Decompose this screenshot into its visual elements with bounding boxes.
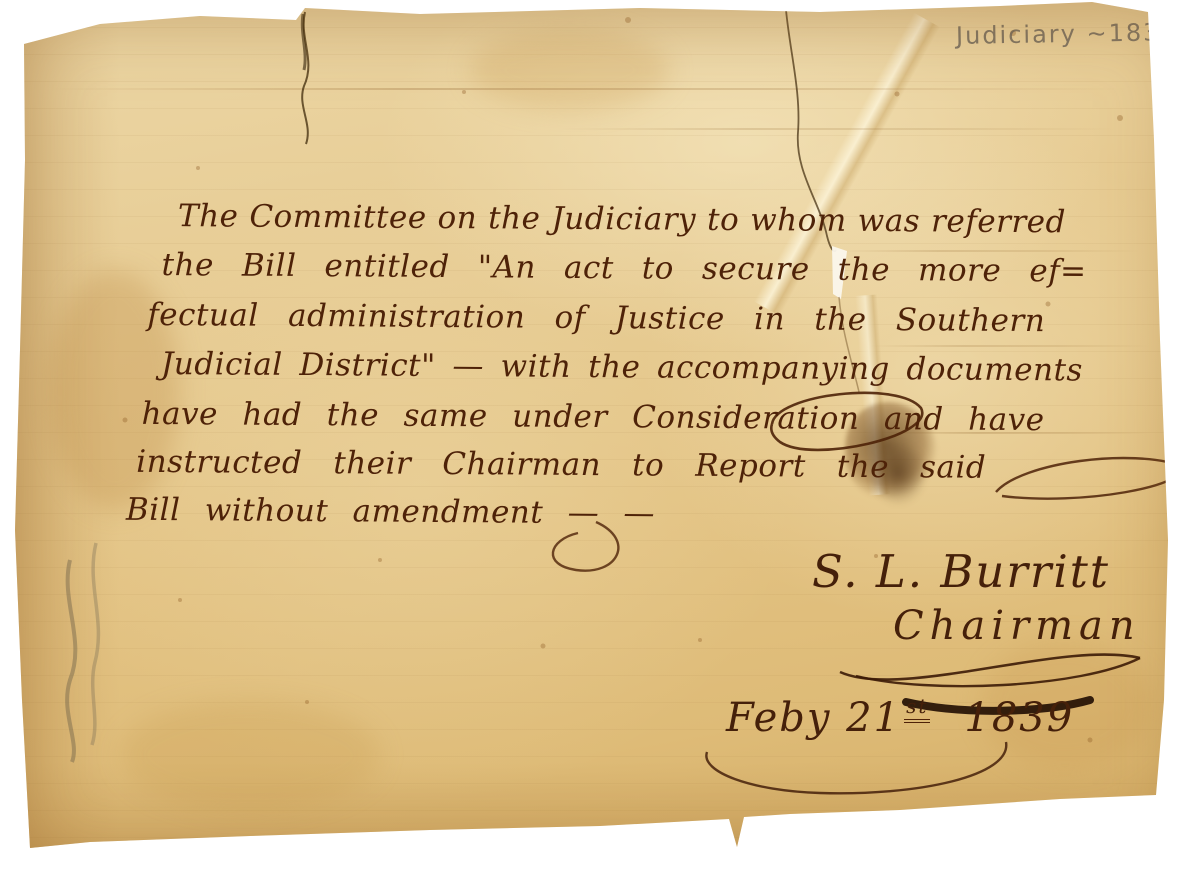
aged-paper-sheet: Judiciary ~1839 The Committee on the Jud… <box>0 0 1200 886</box>
edge-vignette <box>0 0 1200 886</box>
scanned-document-image: Judiciary ~1839 The Committee on the Jud… <box>0 0 1200 886</box>
